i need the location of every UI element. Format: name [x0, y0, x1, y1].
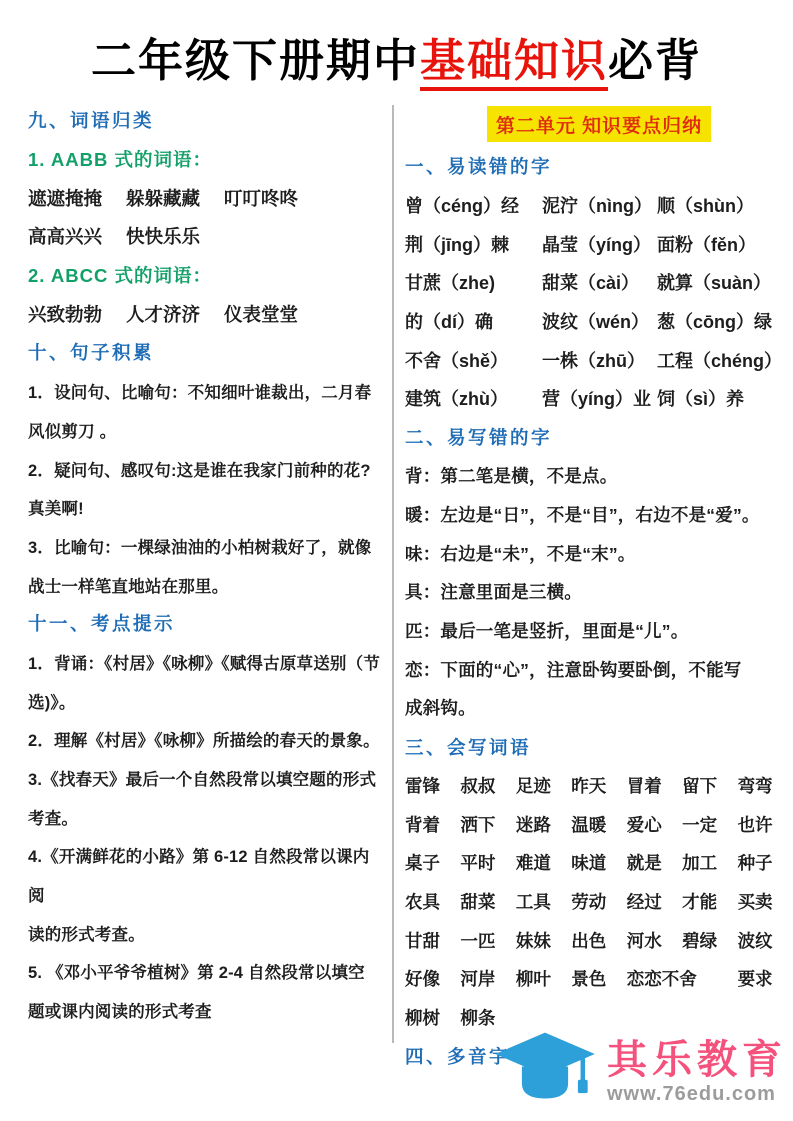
word-item: 好像 [405, 966, 460, 991]
pinyin-item: 甜菜（cài） [542, 269, 657, 295]
aabb-word-row: 高高兴兴 快快乐乐 [28, 217, 380, 256]
word-item: 景色 [571, 966, 626, 991]
word-item: 要求 [738, 966, 793, 991]
word-item: 仪表堂堂 [224, 301, 298, 327]
word-grid-row: 农具 甜菜 工具 劳动 经过 才能 买卖 [405, 882, 793, 921]
word-item: 碧绿 [682, 928, 737, 953]
miswrite-line: 匹：最后一笔是竖折，里面是“儿”。 [405, 611, 793, 650]
word-item: 劳动 [571, 889, 626, 914]
word-item: 爱心 [627, 812, 682, 837]
pinyin-item: 曾（céng）经 [405, 192, 542, 218]
two-column-layout: 九、词语归类 1. AABB 式的词语： 遮遮掩掩 躲躲藏藏 叮叮咚咚 高高兴兴… [0, 101, 793, 1076]
word-item: 恋恋不舍 [627, 966, 738, 991]
word-item: 兴致勃勃 [28, 301, 102, 327]
brand-url: www.76edu.com [607, 1083, 776, 1106]
miswrite-line: 成斜钩。 [405, 689, 793, 728]
tip-line: 阅 [28, 875, 380, 914]
word-item: 柳树 [405, 1005, 460, 1030]
word-grid-row: 桌子 平时 难道 味道 就是 加工 种子 [405, 843, 793, 882]
word-item: 昨天 [571, 773, 626, 798]
tip-line: 读的形式考查。 [28, 913, 380, 952]
word-item: 难道 [516, 850, 571, 875]
section-11-heading: 十一、考点提示 [28, 604, 380, 643]
word-item: 一匹 [460, 928, 515, 953]
pinyin-item: 建筑（zhù） [405, 385, 542, 411]
pinyin-item: 荆（jīng）棘 [405, 231, 542, 257]
word-item: 弯弯 [738, 773, 793, 798]
word-item: 叮叮咚咚 [224, 185, 298, 211]
tip-line: 考查。 [28, 797, 380, 836]
pinyin-item: 葱（cōng）绿 [657, 308, 772, 334]
abcc-word-row: 兴致勃勃 人才济济 仪表堂堂 [28, 294, 380, 333]
pinyin-item: 波纹（wén） [542, 308, 657, 334]
tip-line: 4.《开满鲜花的小路》第 6-12 自然段常以课内 [28, 836, 380, 875]
word-item: 遮遮掩掩 [28, 185, 102, 211]
right-column: 第二单元 知识要点归纳 一、易读错的字 曾（céng）经 泥泞（nìng） 顺（… [394, 101, 793, 1076]
tip-line: 选)》。 [28, 681, 380, 720]
title-prefix: 二年级下册期中 [91, 35, 420, 86]
word-item: 农具 [405, 889, 460, 914]
word-item: 温暖 [571, 812, 626, 837]
word-grid-row: 好像 河岸 柳叶 景色 恋恋不舍 要求 [405, 959, 793, 998]
word-item: 味道 [571, 850, 626, 875]
word-grid-row: 背着 洒下 迷路 温暖 爱心 一定 也许 [405, 805, 793, 844]
word-item: 出色 [571, 928, 626, 953]
word-item: 甘甜 [405, 928, 460, 953]
word-item: 平时 [460, 850, 515, 875]
miswrite-line: 恋：下面的“心”，注意卧钩要卧倒，不能写 [405, 650, 793, 689]
miswrite-line: 暖：左边是“日”，不是“目”，右边不是“爱”。 [405, 495, 793, 534]
word-item: 人才济济 [126, 301, 200, 327]
word-item: 妹妹 [516, 928, 571, 953]
brand-text-block: 其乐教育 www.76edu.com [607, 1039, 787, 1106]
word-grid-row: 甘甜 一匹 妹妹 出色 河水 碧绿 波纹 [405, 921, 793, 960]
section-1-heading: 一、易读错的字 [405, 147, 793, 186]
word-item: 种子 [738, 850, 793, 875]
tip-line: 1．背诵：《村居》《咏柳》《赋得古原草送别（节 [28, 643, 380, 682]
word-item: 一定 [682, 812, 737, 837]
word-item: 柳条 [460, 1005, 515, 1030]
pinyin-item: 甘蔗（zhe) [405, 269, 542, 295]
pinyin-item: 晶莹（yíng） [542, 231, 657, 257]
sentence-line: 3．比喻句：一棵绿油油的小柏树栽好了，就像 [28, 527, 380, 566]
left-column: 九、词语归类 1. AABB 式的词语： 遮遮掩掩 躲躲藏藏 叮叮咚咚 高高兴兴… [28, 101, 380, 1076]
word-item: 河水 [627, 928, 682, 953]
pinyin-item: 工程（chéng） [657, 347, 782, 373]
page-title: 二年级下册期中基础知识必背 [0, 0, 793, 89]
pinyin-row: 甘蔗（zhe) 甜菜（cài） 就算（suàn） [405, 263, 793, 302]
word-item: 桌子 [405, 850, 460, 875]
aabb-heading: 1. AABB 式的词语： [28, 140, 380, 179]
abcc-heading: 2. ABCC 式的词语： [28, 256, 380, 295]
unit-header-badge: 第二单元 知识要点归纳 [487, 106, 711, 142]
worksheet-page: 二年级下册期中基础知识必背 九、词语归类 1. AABB 式的词语： 遮遮掩掩 … [0, 0, 793, 1121]
word-item: 买卖 [738, 889, 793, 914]
pinyin-item: 营（yíng）业 [542, 385, 657, 411]
word-item: 就是 [627, 850, 682, 875]
brand-logo: 其乐教育 www.76edu.com [491, 1030, 787, 1115]
tip-line: 题或课内阅读的形式考查 [28, 991, 380, 1030]
pinyin-item: 的（dí）确 [405, 308, 542, 334]
pinyin-item: 面粉（fěn） [657, 231, 756, 257]
pinyin-item: 就算（suàn） [657, 269, 771, 295]
word-item: 叔叔 [460, 773, 515, 798]
word-item: 经过 [627, 889, 682, 914]
miswrite-line: 背：第二笔是横，不是点。 [405, 457, 793, 496]
pinyin-item: 不舍（shě） [405, 347, 542, 373]
word-item: 躲躲藏藏 [126, 185, 200, 211]
miswrite-line: 味：右边是“未”，不是“末”。 [405, 534, 793, 573]
sentence-line: 真美啊! [28, 488, 380, 527]
sentence-line: 风似剪刀 。 [28, 411, 380, 450]
title-highlight: 基础知识 [420, 35, 608, 91]
word-item: 冒着 [627, 773, 682, 798]
tip-line: 3.《找春天》最后一个自然段常以填空题的形式 [28, 759, 380, 798]
pinyin-item: 泥泞（nìng） [542, 192, 657, 218]
word-item: 迷路 [516, 812, 571, 837]
tip-line: 5. 《邓小平爷爷植树》第 2-4 自然段常以填空 [28, 952, 380, 991]
sentence-line: 2．疑问句、感叹句:这是谁在我家门前种的花? [28, 449, 380, 488]
unit-header-row: 第二单元 知识要点归纳 [405, 101, 793, 147]
word-item: 足迹 [516, 773, 571, 798]
title-suffix: 必背 [608, 35, 702, 86]
word-item: 甜菜 [460, 889, 515, 914]
pinyin-item: 饲（sì）养 [657, 385, 744, 411]
word-item: 洒下 [460, 812, 515, 837]
pinyin-item: 顺（shùn） [657, 192, 754, 218]
word-item: 背着 [405, 812, 460, 837]
word-item: 高高兴兴 [28, 223, 102, 249]
brand-name: 其乐教育 [607, 1039, 787, 1081]
word-grid-row: 雷锋 叔叔 足迹 昨天 冒着 留下 弯弯 [405, 766, 793, 805]
word-item: 河岸 [460, 966, 515, 991]
aabb-word-row: 遮遮掩掩 躲躲藏藏 叮叮咚咚 [28, 178, 380, 217]
section-9-heading: 九、词语归类 [28, 101, 380, 140]
word-item: 也许 [738, 812, 793, 837]
sentence-line: 战士一样笔直地站在那里。 [28, 565, 380, 604]
pinyin-row: 不舍（shě） 一株（zhū） 工程（chéng） [405, 340, 793, 379]
pinyin-row: 的（dí）确 波纹（wén） 葱（cōng）绿 [405, 302, 793, 341]
graduation-cap-icon [491, 1030, 599, 1115]
word-item: 快快乐乐 [126, 223, 200, 249]
section-3-heading: 三、会写词语 [405, 727, 793, 766]
word-item: 才能 [682, 889, 737, 914]
word-item: 柳叶 [516, 966, 571, 991]
pinyin-row: 建筑（zhù） 营（yíng）业 饲（sì）养 [405, 379, 793, 418]
word-item: 波纹 [738, 928, 793, 953]
pinyin-row: 曾（céng）经 泥泞（nìng） 顺（shùn） [405, 186, 793, 225]
section-2-heading: 二、易写错的字 [405, 418, 793, 457]
tip-line: 2．理解《村居》《咏柳》所描绘的春天的景象。 [28, 720, 380, 759]
sentence-line: 1．设问句、比喻句：不知细叶谁裁出，二月春 [28, 372, 380, 411]
miswrite-line: 具：注意里面是三横。 [405, 573, 793, 612]
section-10-heading: 十、句子积累 [28, 333, 380, 372]
word-item: 加工 [682, 850, 737, 875]
word-item: 留下 [682, 773, 737, 798]
word-item: 雷锋 [405, 773, 460, 798]
word-item: 工具 [516, 889, 571, 914]
pinyin-row: 荆（jīng）棘 晶莹（yíng） 面粉（fěn） [405, 224, 793, 263]
pinyin-item: 一株（zhū） [542, 347, 657, 373]
